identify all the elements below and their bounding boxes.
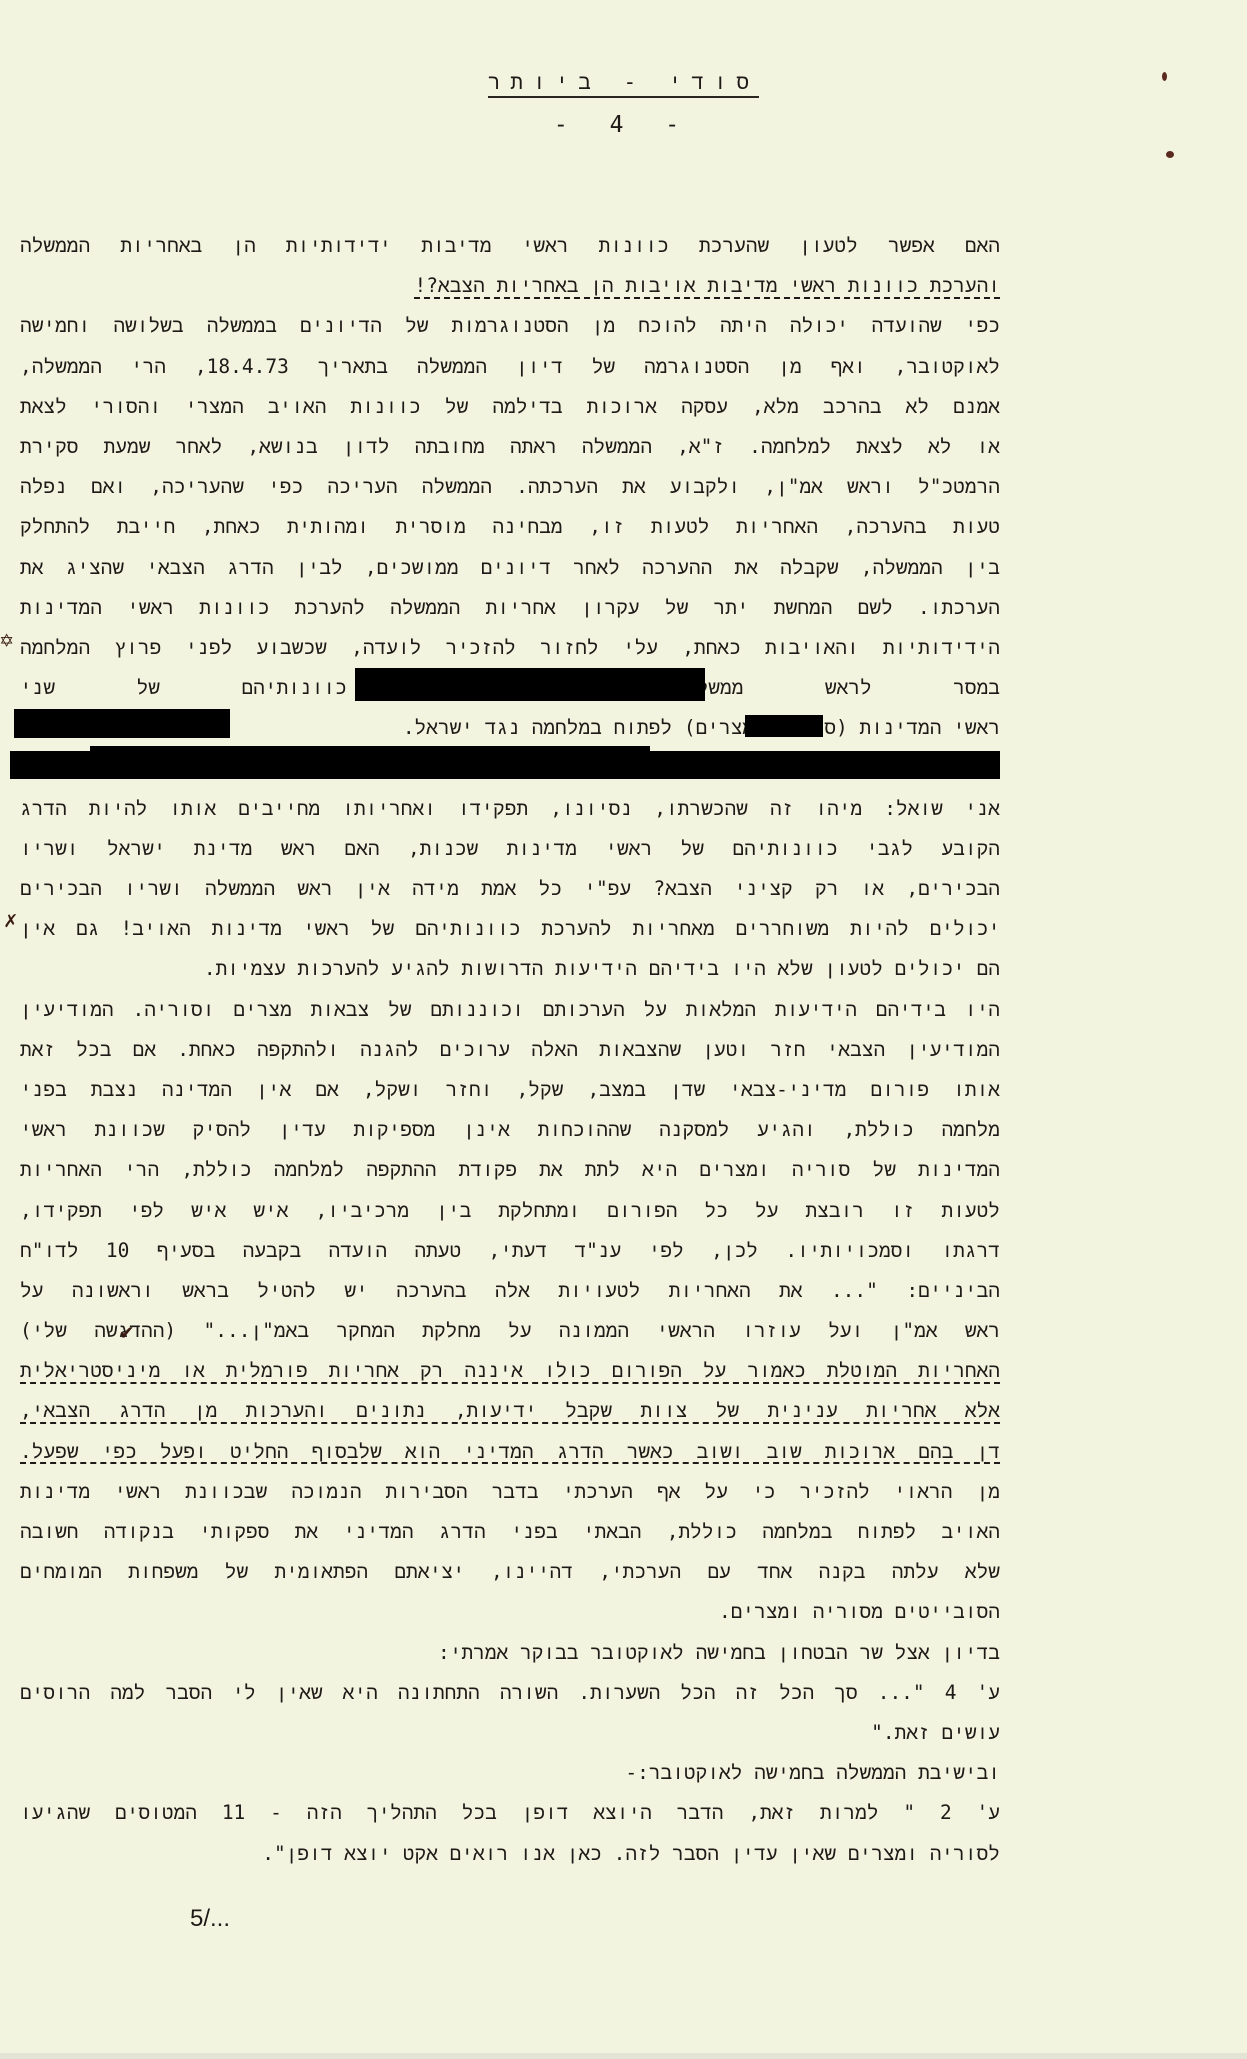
- text-line: אמנם לא בהרכב מלא, עסקה ארוכות בדילמה של…: [20, 387, 1000, 427]
- text-line: אותו פורום מדיני-צבאי שדן במצב, שקל, וחז…: [20, 1070, 1000, 1110]
- text-line: הם יכולים לטעון שלא היו בידיהם הידיעות ה…: [20, 949, 1000, 989]
- text-line: הערכתו. לשם המחשת יתר של עקרון אחריות המ…: [20, 588, 1000, 628]
- classification-title: סודי - ביותר: [0, 70, 1247, 96]
- text-line: ע' 2 " למרות זאת, הדבר היוצא דופן בכל הת…: [20, 1793, 1000, 1833]
- checkmark-annotation: ✔: [120, 1320, 133, 1345]
- text-line: מלחמה כוללת, והגיע למסקנה שההוכחות אינן …: [20, 1110, 1000, 1150]
- text-line: ע' 4 "... סך הכל זה הכל השערות. השורה הת…: [20, 1673, 1000, 1713]
- text-line: עושים זאת.": [20, 1713, 1000, 1753]
- text-line: האם אפשר לטעון שהערכת כוונות ראשי מדיבות…: [20, 226, 1000, 266]
- text-line: הקובע לגבי כוונותיהם של ראשי מדינות שכנו…: [20, 829, 1000, 869]
- ink-spot-2: [1166, 151, 1174, 158]
- document-body: האם אפשר לטעון שהערכת כוונות ראשי מדיבות…: [20, 226, 1000, 1874]
- text-line: הבכירים, או רק קציני הצבא? עפ"י כל אמת מ…: [20, 869, 1000, 909]
- ink-spot-1: [1162, 72, 1167, 81]
- text-line: מן הראוי להזכיר כי על אף הערכתי בדבר הסב…: [20, 1472, 1000, 1512]
- margin-x-mark: ✗: [4, 908, 17, 933]
- text-line: לאוקטובר, ואף מן הסטנוגרמה של דיון הממשל…: [20, 347, 1000, 387]
- text-line: טעות בהערכה, האחריות לטעות זו, מבחינה מו…: [20, 507, 1000, 547]
- text-line: האויב לפתוח במלחמה כוללת, הבאתי בפני הדר…: [20, 1512, 1000, 1552]
- text-line: או לא לצאת למלחמה. ז"א, הממשלה ראתה מחוב…: [20, 427, 1000, 467]
- redaction-block-4: [10, 751, 1000, 779]
- continuation-marker: 5/...: [190, 1905, 230, 1933]
- text-line: דרגתו וסמכויותיו. לכן, לפי ענ"ד דעתי, טע…: [20, 1231, 1000, 1271]
- text-line: הסובייטים מסוריה ומצרים.: [20, 1592, 1000, 1632]
- text-line: דן בהם ארוכות שוב ושוב כאשר הדרג המדיני …: [20, 1432, 1000, 1472]
- text-line: כפי שהועדה יכולה היתה להוכח מן הסטנוגרמו…: [20, 306, 1000, 346]
- text-line: אני שואל: מיהו זה שהכשרתו, נסיונו, תפקיד…: [20, 789, 1000, 829]
- text-line: והערכת כוונות ראשי מדיבות אויבות הן באחר…: [20, 266, 1000, 306]
- redaction-block-2: [14, 709, 230, 738]
- margin-star-mark: ✡: [0, 628, 13, 653]
- text-line: שלא עלתה בקנה אחד עם הערכתי, דהיינו, יצי…: [20, 1552, 1000, 1592]
- text-line: הביניים: "... את האחריות לטעויות אלה בהע…: [20, 1271, 1000, 1311]
- text-line: ובישיבת הממשלה בחמישה לאוקטובר:-: [20, 1753, 1000, 1793]
- text-line: אלא אחריות ענינית של צוות שקבל ידיעות, נ…: [20, 1391, 1000, 1431]
- text-line: בדיון אצל שר הבטחון בחמישה לאוקטובר בבוק…: [20, 1633, 1000, 1673]
- text-line: ראש אמ"ן ועל עוזרו הראשי הממונה על מחלקת…: [20, 1311, 1000, 1351]
- text-line: יכולים להיות משוחררים מאחריות להערכת כוו…: [20, 909, 1000, 949]
- text-line: לסוריה ומצרים שאין עדין הסבר לזה. כאן אנ…: [20, 1834, 1000, 1874]
- redaction-block-3: [745, 715, 823, 737]
- text-line: בין הממשלה, שקבלה את ההערכה לאחר דיונים …: [20, 548, 1000, 588]
- page-number: - 4 -: [0, 112, 1247, 138]
- text-line: האחריות המוטלת כאמור על הפורום כולו איננ…: [20, 1351, 1000, 1391]
- classification-title-text: סודי - ביותר: [488, 70, 759, 98]
- text-line: הרמטכ"ל וראש אמ"ן, ולקבוע את הערכתה. הממ…: [20, 467, 1000, 507]
- text-line: לטעות זו רובצת על כל הפורום ומתחלקת בין …: [20, 1191, 1000, 1231]
- text-line: המודיעין הצבאי חזר וטען שהצבאות האלה ערו…: [20, 1030, 1000, 1070]
- redaction-block-4b: [90, 746, 650, 752]
- document-page: סודי - ביותר - 4 - האם אפשר לטעון שהערכת…: [0, 0, 1247, 2059]
- text-line: הידידותיות והאויבות כאחת, עלי לחזור להזכ…: [20, 628, 1000, 668]
- redaction-block-1: [355, 668, 705, 701]
- text-line: המדינות של סוריה ומצרים היא לתת את פקודת…: [20, 1150, 1000, 1190]
- text-line: היו בידיהם הידיעות המלאות על הערכותם וכו…: [20, 990, 1000, 1030]
- page-bottom-edge: [0, 2053, 1247, 2059]
